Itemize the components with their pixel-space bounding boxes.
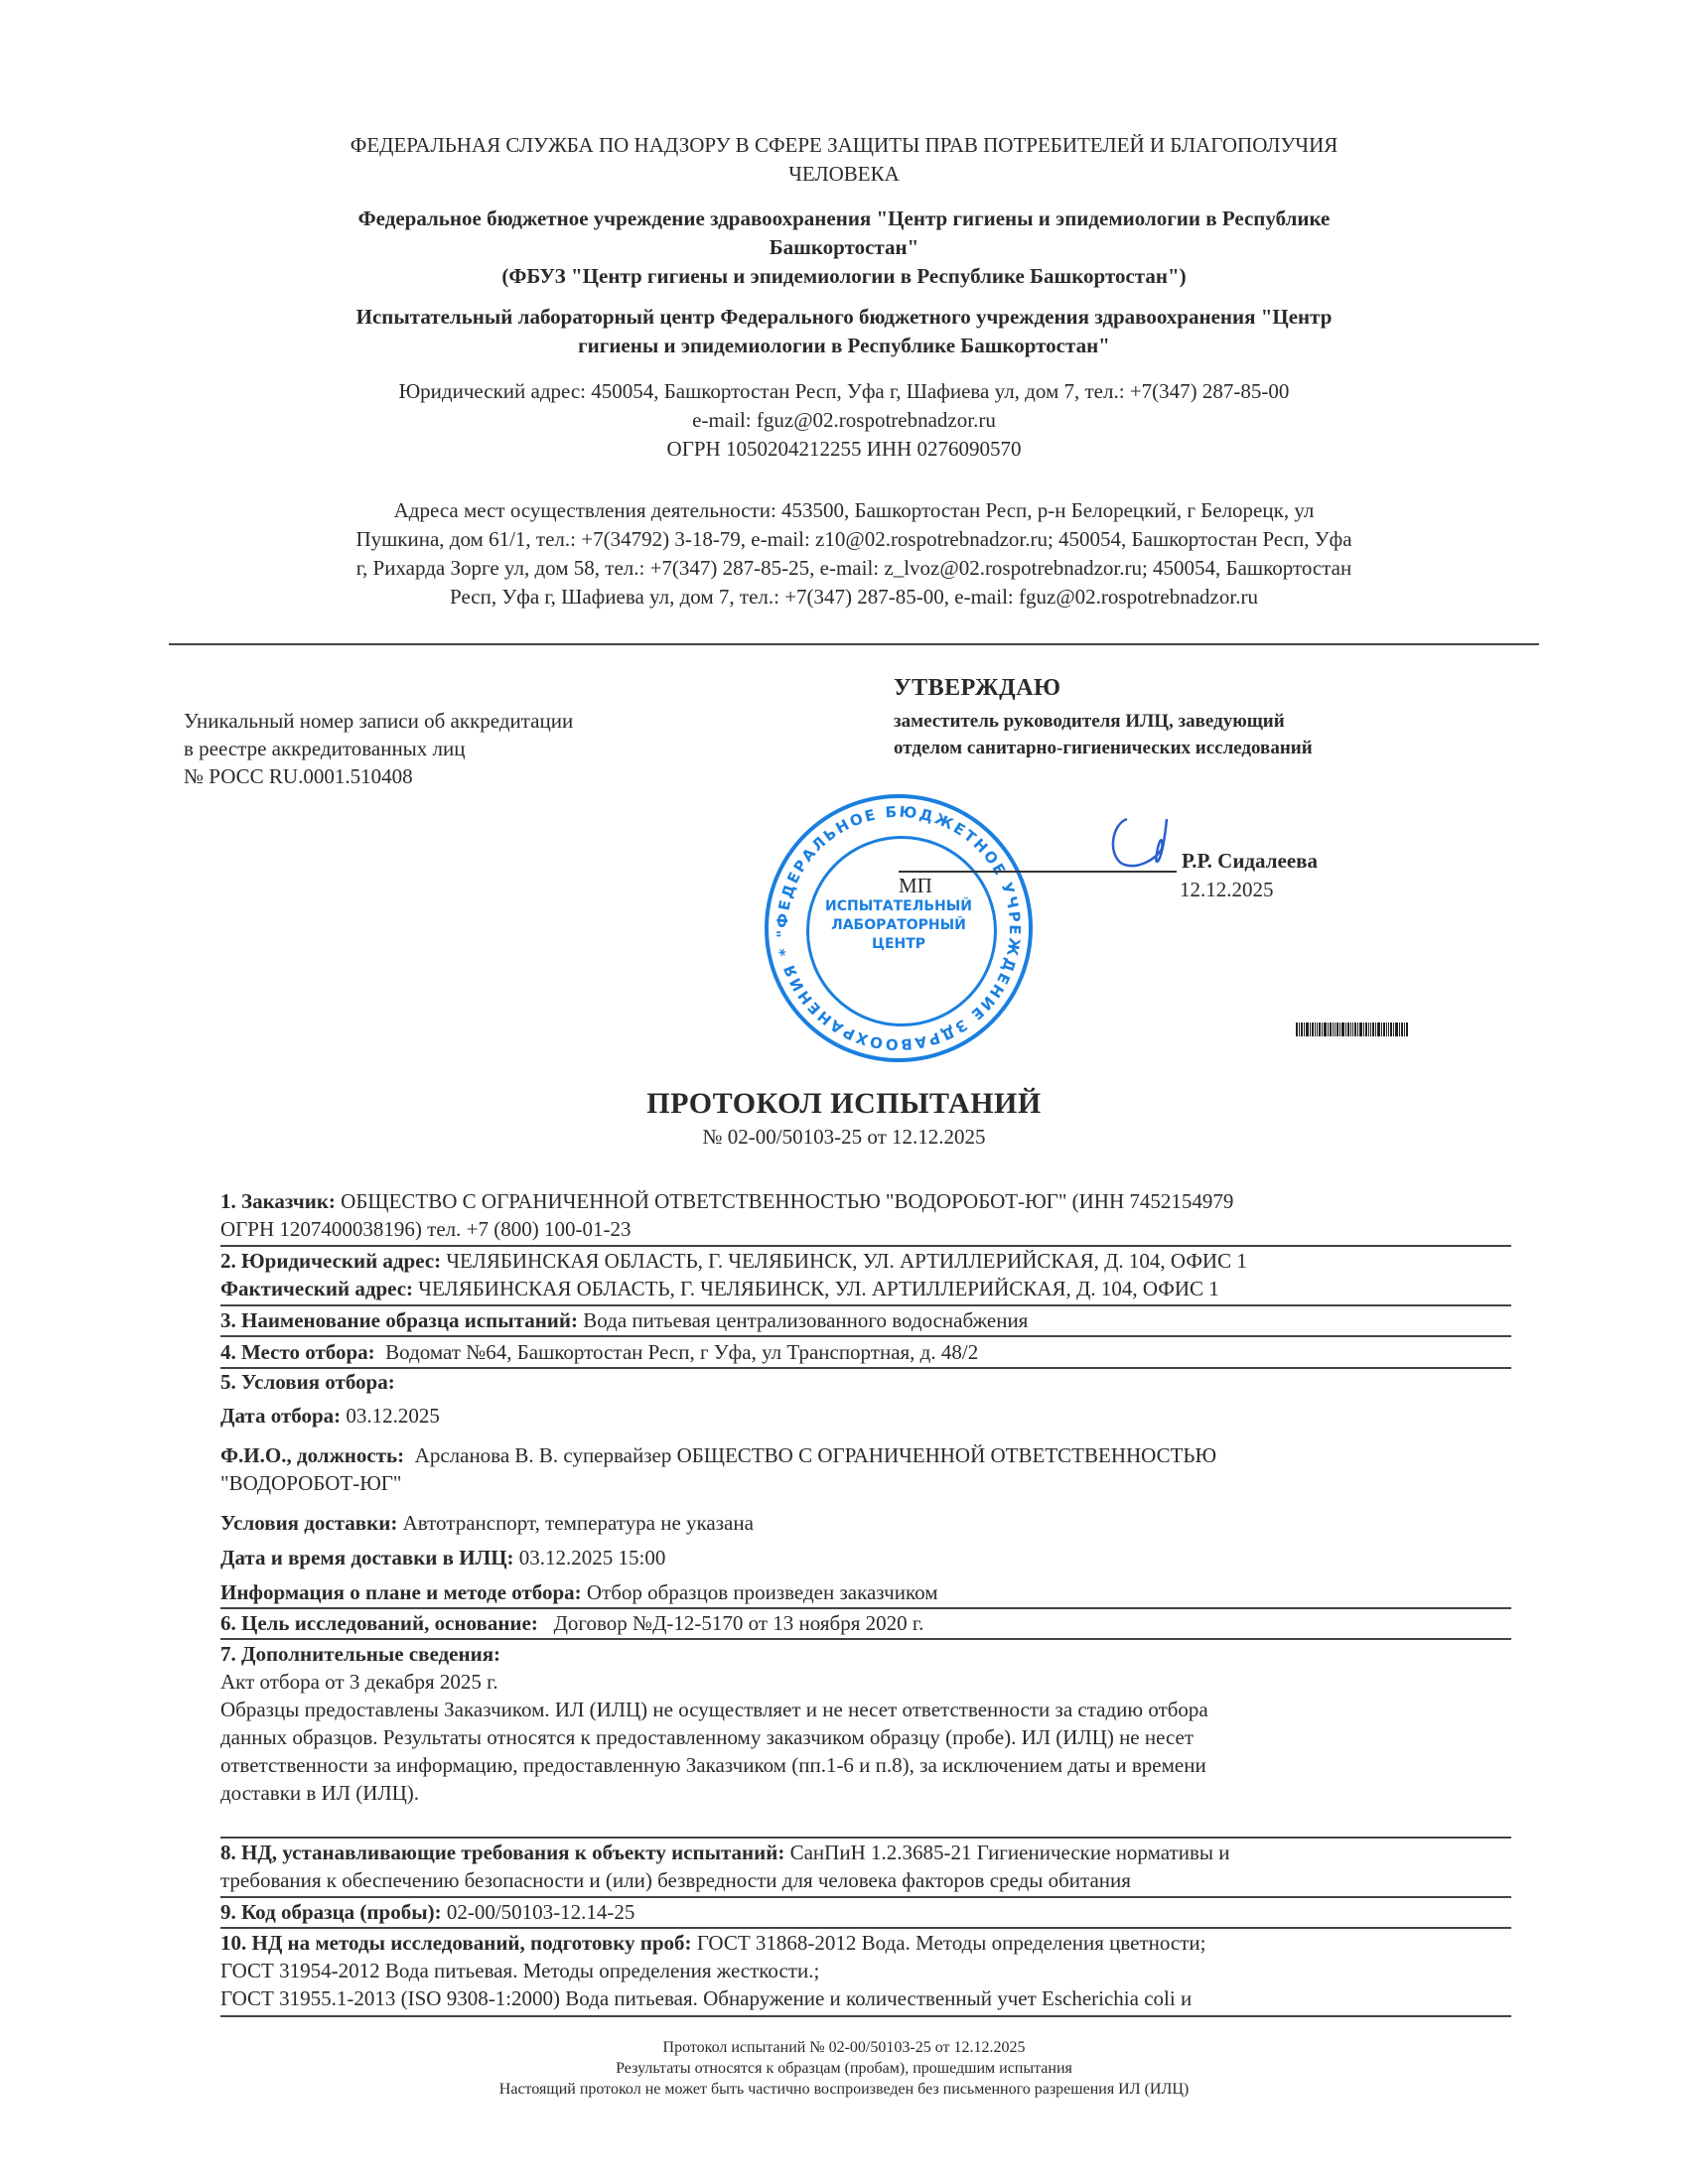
barcode-icon xyxy=(1296,1023,1475,1036)
sampler-value-1: Арсланова В. В. супервайзер ОБЩЕСТВО С О… xyxy=(415,1443,1216,1467)
additional-info-label: 7. Дополнительные сведения: xyxy=(220,1642,500,1666)
accreditation-line-1: Уникальный номер записи об аккредитации xyxy=(184,707,700,735)
official-stamp: ФЕДЕРАЛЬНОЕ БЮДЖЕТНОЕ УЧРЕЖДЕНИЕ ЗДРАВОО… xyxy=(765,794,1033,1062)
ilc-line-1: Испытательный лабораторный центр Федерал… xyxy=(159,303,1529,332)
sampling-place-value: Водомат №64, Башкортостан Респ, г Уфа, у… xyxy=(385,1340,978,1364)
lab-center-name: Испытательный лабораторный центр Федерал… xyxy=(159,303,1529,360)
stamp-center-text: ИСПЫТАТЕЛЬНЫЙ ЛАБОРАТОРНЫЙ ЦЕНТР xyxy=(769,897,1029,954)
additional-info-line-4: ответственности за информацию, предостав… xyxy=(220,1751,1511,1779)
approval-date: 12.12.2025 xyxy=(1180,878,1274,902)
accreditation-block: Уникальный номер записи об аккредитации … xyxy=(184,707,700,790)
actual-address-label: Фактический адрес: xyxy=(220,1277,413,1300)
section-addresses: 2. Юридический адрес: ЧЕЛЯБИНСКАЯ ОБЛАСТ… xyxy=(220,1247,1511,1302)
accreditation-line-2: в реестре аккредитованных лиц xyxy=(184,735,700,762)
footer-protocol-ref: Протокол испытаний № 02-00/50103-25 от 1… xyxy=(298,2037,1390,2058)
additional-info-line-5: доставки в ИЛ (ИЛЦ). xyxy=(220,1779,1511,1807)
delivery-conditions-row: Условия доставки: Автотранспорт, темпера… xyxy=(220,1509,1511,1537)
stamp-line-2: ЛАБОРАТОРНЫЙ xyxy=(769,916,1029,935)
sampling-date-value: 03.12.2025 xyxy=(346,1404,440,1428)
sampling-method-row: Информация о плане и методе отбора: Отбо… xyxy=(220,1578,1511,1606)
header-divider xyxy=(169,643,1539,645)
purpose-value: Договор №Д-12-5170 от 13 ноября 2020 г. xyxy=(554,1611,924,1635)
additional-info-line-3: данных образцов. Результаты относятся к … xyxy=(220,1723,1511,1751)
legal-address-label: 2. Юридический адрес: xyxy=(220,1249,441,1273)
activity-line-2: Пушкина, дом 61/1, тел.: +7(34792) 3-18-… xyxy=(199,525,1509,554)
section-requirements: 8. НД, устанавливающие требования к объе… xyxy=(220,1839,1511,1894)
approval-title: УТВЕРЖДАЮ xyxy=(894,675,1509,702)
requirements-value-2: требования к обеспечению безопасности и … xyxy=(220,1866,1511,1894)
approver-position: заместитель руководителя ИЛЦ, заведующий… xyxy=(894,708,1509,761)
sampling-date-row: Дата отбора: 03.12.2025 xyxy=(220,1402,1511,1430)
protocol-title: ПРОТОКОЛ ИСПЫТАНИЙ xyxy=(397,1087,1291,1121)
org-line-2: Башкортостан" xyxy=(159,233,1529,262)
stamp-line-1: ИСПЫТАТЕЛЬНЫЙ xyxy=(769,897,1029,916)
delivery-datetime-value: 03.12.2025 15:00 xyxy=(519,1546,666,1570)
methods-value-1: ГОСТ 31868-2012 Вода. Методы определения… xyxy=(697,1931,1206,1955)
sampler-value-2: "ВОДОРОБОТ-ЮГ" xyxy=(220,1469,1511,1497)
org-line-1: Федеральное бюджетное учреждение здравоо… xyxy=(159,205,1529,233)
section-sampling-conditions: 5. Условия отбора: xyxy=(220,1368,1511,1396)
delivery-conditions-label: Условия доставки: xyxy=(220,1511,397,1535)
ilc-line-2: гигиены и эпидемиологии в Республике Баш… xyxy=(159,332,1529,360)
section-methods: 10. НД на методы исследований, подготовк… xyxy=(220,1929,1511,2012)
customer-label: 1. Заказчик: xyxy=(220,1189,336,1213)
approval-block: УТВЕРЖДАЮ заместитель руководителя ИЛЦ, … xyxy=(894,675,1509,761)
signature-icon xyxy=(1102,809,1182,879)
org-short-name: (ФБУЗ "Центр гигиены и эпидемиологии в Р… xyxy=(159,262,1529,291)
delivery-conditions-value: Автотранспорт, температура не указана xyxy=(403,1511,754,1535)
additional-info-line-1: Акт отбора от 3 декабря 2025 г. xyxy=(220,1668,1511,1696)
position-line-1: заместитель руководителя ИЛЦ, заведующий xyxy=(894,708,1509,735)
signer-name: Р.Р. Сидалеева xyxy=(1182,849,1318,874)
seal-place-label: МП xyxy=(899,874,932,898)
activity-line-4: Респ, Уфа г, Шафиева ул, дом 7, тел.: +7… xyxy=(199,583,1509,612)
sampling-place-label: 4. Место отбора: xyxy=(220,1340,375,1364)
sampler-label: Ф.И.О., должность: xyxy=(220,1443,404,1467)
agency-line-2: ЧЕЛОВЕКА xyxy=(159,160,1529,189)
divider xyxy=(220,2015,1511,2017)
legal-address-value: ЧЕЛЯБИНСКАЯ ОБЛАСТЬ, Г. ЧЕЛЯБИНСК, УЛ. А… xyxy=(446,1249,1246,1273)
purpose-label: 6. Цель исследований, основание: xyxy=(220,1611,538,1635)
methods-label: 10. НД на методы исследований, подготовк… xyxy=(220,1931,692,1955)
accreditation-number: № РОСС RU.0001.510408 xyxy=(184,762,700,790)
delivery-datetime-label: Дата и время доставки в ИЛЦ: xyxy=(220,1546,514,1570)
section-sampling-place: 4. Место отбора: Водомат №64, Башкортост… xyxy=(220,1338,1511,1366)
legal-address: Юридический адрес: 450054, Башкортостан … xyxy=(159,377,1529,406)
requirements-value-1: СанПиН 1.2.3685-21 Гигиенические нормати… xyxy=(790,1841,1230,1864)
sample-name-value: Вода питьевая централизованного водоснаб… xyxy=(583,1308,1028,1332)
actual-address-value: ЧЕЛЯБИНСКАЯ ОБЛАСТЬ, Г. ЧЕЛЯБИНСК, УЛ. А… xyxy=(418,1277,1218,1300)
position-line-2: отделом санитарно-гигиенических исследов… xyxy=(894,735,1509,761)
sample-code-label: 9. Код образца (пробы): xyxy=(220,1900,442,1924)
sample-name-label: 3. Наименование образца испытаний: xyxy=(220,1308,578,1332)
activity-addresses: Адреса мест осуществления деятельности: … xyxy=(199,496,1509,612)
protocol-number: № 02-00/50103-25 от 12.12.2025 xyxy=(397,1125,1291,1150)
sampler-row: Ф.И.О., должность: Арсланова В. В. супер… xyxy=(220,1441,1511,1497)
section-customer: 1. Заказчик: ОБЩЕСТВО С ОГРАНИЧЕННОЙ ОТВ… xyxy=(220,1187,1511,1243)
customer-value-2: ОГРН 1207400038196) тел. +7 (800) 100-01… xyxy=(220,1215,1511,1243)
footer-results-note: Результаты относятся к образцам (пробам)… xyxy=(298,2058,1390,2079)
divider xyxy=(220,1335,1511,1337)
additional-info-line-2: Образцы предоставлены Заказчиком. ИЛ (ИЛ… xyxy=(220,1696,1511,1723)
agency-line-1: ФЕДЕРАЛЬНАЯ СЛУЖБА ПО НАДЗОРУ В СФЕРЕ ЗА… xyxy=(159,131,1529,160)
section-sample-code: 9. Код образца (пробы): 02-00/50103-12.1… xyxy=(220,1898,1511,1926)
stamp-line-3: ЦЕНТР xyxy=(769,935,1029,954)
sampling-date-label: Дата отбора: xyxy=(220,1404,341,1428)
agency-name: ФЕДЕРАЛЬНАЯ СЛУЖБА ПО НАДЗОРУ В СФЕРЕ ЗА… xyxy=(159,131,1529,189)
section-additional-info: 7. Дополнительные сведения: Акт отбора о… xyxy=(220,1640,1511,1807)
section-sample-name: 3. Наименование образца испытаний: Вода … xyxy=(220,1306,1511,1334)
page-footer: Протокол испытаний № 02-00/50103-25 от 1… xyxy=(298,2037,1390,2100)
org-email: e-mail: fguz@02.rospotrebnadzor.ru xyxy=(159,406,1529,435)
methods-value-2: ГОСТ 31954-2012 Вода питьевая. Методы оп… xyxy=(220,1957,1511,1984)
footer-reproduction-note: Настоящий протокол не может быть частичн… xyxy=(298,2079,1390,2100)
delivery-datetime-row: Дата и время доставки в ИЛЦ: 03.12.2025 … xyxy=(220,1544,1511,1571)
activity-line-3: г, Рихарда Зорге ул, дом 58, тел.: +7(34… xyxy=(199,554,1509,583)
methods-value-3: ГОСТ 31955.1-2013 (ISO 9308-1:2000) Вода… xyxy=(220,1984,1511,2012)
ogrn-inn: ОГРН 1050204212255 ИНН 0276090570 xyxy=(159,435,1529,464)
legal-contacts: Юридический адрес: 450054, Башкортостан … xyxy=(159,377,1529,464)
customer-value-1: ОБЩЕСТВО С ОГРАНИЧЕННОЙ ОТВЕТСТВЕННОСТЬЮ… xyxy=(341,1189,1233,1213)
sampling-method-value: Отбор образцов произведен заказчиком xyxy=(587,1580,938,1604)
sample-code-value: 02-00/50103-12.14-25 xyxy=(447,1900,635,1924)
sampling-conditions-label: 5. Условия отбора: xyxy=(220,1370,395,1394)
organization-name: Федеральное бюджетное учреждение здравоо… xyxy=(159,205,1529,291)
requirements-label: 8. НД, устанавливающие требования к объе… xyxy=(220,1841,784,1864)
sampling-method-label: Информация о плане и методе отбора: xyxy=(220,1580,582,1604)
section-purpose: 6. Цель исследований, основание: Договор… xyxy=(220,1609,1511,1637)
activity-line-1: Адреса мест осуществления деятельности: … xyxy=(199,496,1509,525)
